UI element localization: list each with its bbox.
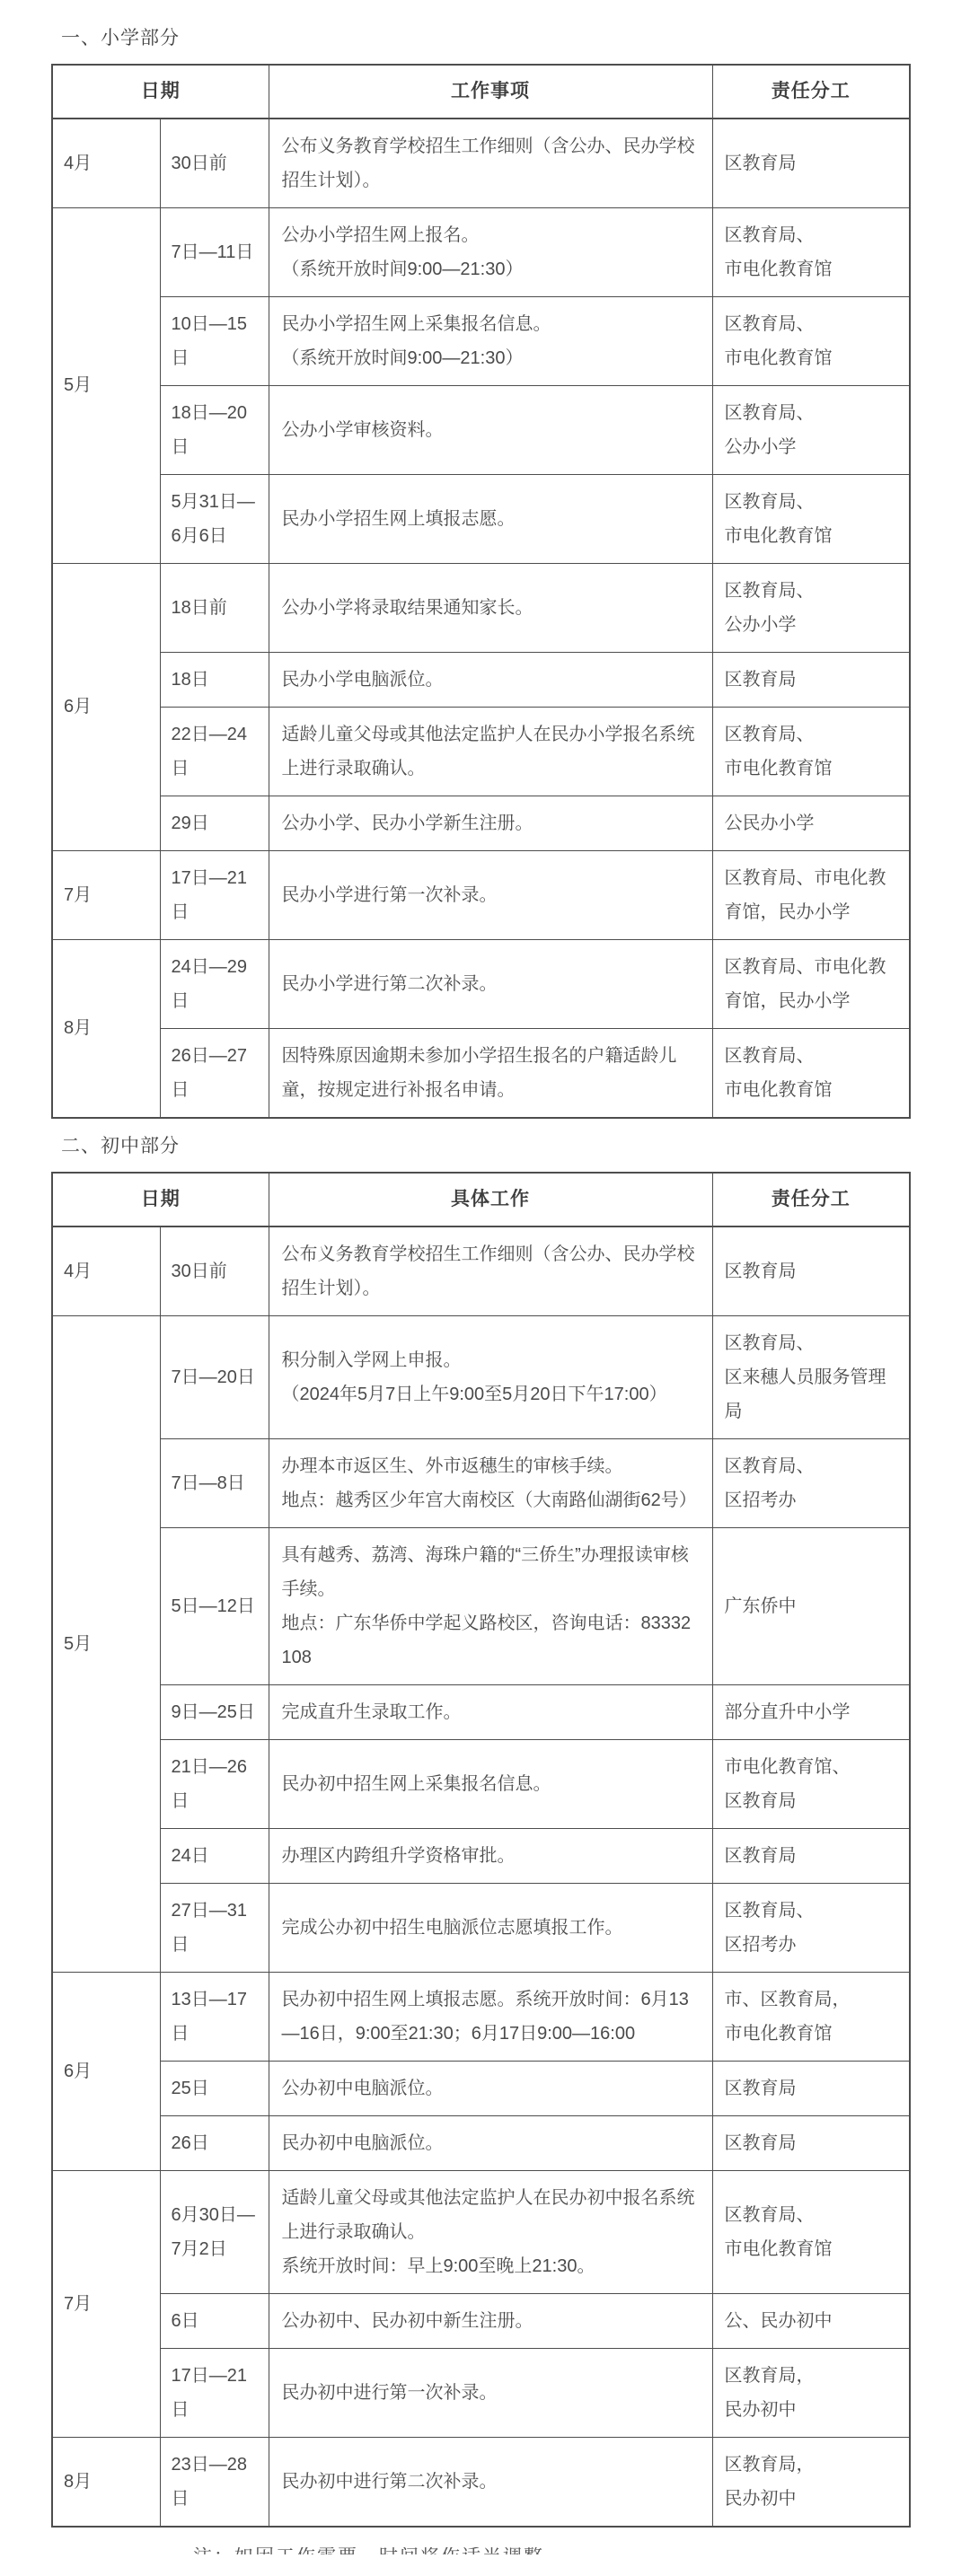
- table-row: 5日—12日具有越秀、荔湾、海珠户籍的“三侨生”办理报读审核手续。 地点：广东华…: [52, 1527, 910, 1684]
- task-cell: 公布义务教育学校招生工作细则（含公办、民办学校招生计划）。: [269, 119, 712, 208]
- date-cell: 7日—8日: [160, 1438, 269, 1527]
- task-cell: 适龄儿童父母或其他法定监护人在民办小学报名系统上进行录取确认。: [269, 707, 712, 796]
- task-cell: 公办初中电脑派位。: [269, 2061, 712, 2115]
- date-cell: 13日—17日: [160, 1972, 269, 2061]
- date-cell: 10日—15日: [160, 296, 269, 385]
- table-row: 25日公办初中电脑派位。区教育局: [52, 2061, 910, 2115]
- table-row: 29日公办小学、民办小学新生注册。公民办小学: [52, 796, 910, 850]
- table-row: 10日—15日民办小学招生网上采集报名信息。 （系统开放时间9:00—21:30…: [52, 296, 910, 385]
- date-cell: 30日前: [160, 1226, 269, 1316]
- date-cell: 18日—20日: [160, 385, 269, 474]
- table-row: 6月18日前公办小学将录取结果通知家长。区教育局、 公办小学: [52, 563, 910, 652]
- task-cell: 公办小学审核资料。: [269, 385, 712, 474]
- task-cell: 适龄儿童父母或其他法定监护人在民办初中报名系统上进行录取确认。 系统开放时间：早…: [269, 2170, 712, 2293]
- date-cell: 5月31日—6月6日: [160, 474, 269, 563]
- date-cell: 27日—31日: [160, 1883, 269, 1972]
- task-cell: 完成公办初中招生电脑派位志愿填报工作。: [269, 1883, 712, 1972]
- table-row: 6日公办初中、民办初中新生注册。公、民办初中: [52, 2293, 910, 2348]
- date-cell: 30日前: [160, 119, 269, 208]
- task-cell: 具有越秀、荔湾、海珠户籍的“三侨生”办理报读审核手续。 地点：广东华侨中学起义路…: [269, 1527, 712, 1684]
- date-cell: 5日—12日: [160, 1527, 269, 1684]
- month-cell: 7月: [52, 850, 160, 939]
- table-row: 18日民办小学电脑派位。区教育局: [52, 652, 910, 707]
- header-responsibility: 责任分工: [712, 65, 910, 119]
- month-cell: 8月: [52, 2437, 160, 2527]
- responsibility-cell: 区教育局、 市电化教育馆: [712, 474, 910, 563]
- responsibility-cell: 区教育局、 公办小学: [712, 563, 910, 652]
- date-cell: 18日前: [160, 563, 269, 652]
- task-cell: 完成直升生录取工作。: [269, 1684, 712, 1739]
- table-row: 26日民办初中电脑派位。区教育局: [52, 2115, 910, 2170]
- task-cell: 公办小学招生网上报名。 （系统开放时间9:00—21:30）: [269, 207, 712, 296]
- date-cell: 7日—20日: [160, 1315, 269, 1438]
- responsibility-cell: 区教育局、 区招考办: [712, 1438, 910, 1527]
- responsibility-cell: 公、民办初中: [712, 2293, 910, 2348]
- responsibility-cell: 区教育局: [712, 2115, 910, 2170]
- month-cell: 7月: [52, 2170, 160, 2437]
- month-cell: 5月: [52, 207, 160, 563]
- month-cell: 4月: [52, 119, 160, 208]
- task-cell: 民办小学招生网上采集报名信息。 （系统开放时间9:00—21:30）: [269, 296, 712, 385]
- table-row: 27日—31日完成公办初中招生电脑派位志愿填报工作。区教育局、 区招考办: [52, 1883, 910, 1972]
- table-row: 4月30日前公布义务教育学校招生工作细则（含公办、民办学校招生计划）。区教育局: [52, 119, 910, 208]
- header-date: 日期: [52, 1173, 269, 1226]
- date-cell: 25日: [160, 2061, 269, 2115]
- clipped-footnote-text: 注：如因工作需要，时间将作适当调整: [193, 2547, 911, 2554]
- task-cell: 办理本市返区生、外市返穗生的审核手续。 地点：越秀区少年宫大南校区（大南路仙湖街…: [269, 1438, 712, 1527]
- responsibility-cell: 区教育局: [712, 1226, 910, 1316]
- table-row: 26日—27日因特殊原因逾期未参加小学招生报名的户籍适龄儿童，按规定进行补报名申…: [52, 1028, 910, 1118]
- date-cell: 17日—21日: [160, 850, 269, 939]
- task-cell: 公办小学将录取结果通知家长。: [269, 563, 712, 652]
- responsibility-cell: 区教育局、 市电化教育馆: [712, 707, 910, 796]
- month-cell: 6月: [52, 1972, 160, 2170]
- task-cell: 积分制入学网上申报。 （2024年5月7日上午9:00至5月20日下午17:00…: [269, 1315, 712, 1438]
- date-cell: 17日—21日: [160, 2348, 269, 2437]
- junior-high-schedule-table: 日期 具体工作 责任分工 4月30日前公布义务教育学校招生工作细则（含公办、民办…: [51, 1172, 911, 2528]
- date-cell: 29日: [160, 796, 269, 850]
- month-cell: 6月: [52, 563, 160, 850]
- table-row: 5月7日—20日积分制入学网上申报。 （2024年5月7日上午9:00至5月20…: [52, 1315, 910, 1438]
- date-cell: 24日—29日: [160, 939, 269, 1028]
- date-cell: 22日—24日: [160, 707, 269, 796]
- task-cell: 办理区内跨组升学资格审批。: [269, 1828, 712, 1883]
- task-cell: 公布义务教育学校招生工作细则（含公办、民办学校招生计划）。: [269, 1226, 712, 1316]
- task-cell: 民办初中招生网上填报志愿。系统开放时间：6月13—16日，9:00至21:30；…: [269, 1972, 712, 2061]
- date-cell: 26日—27日: [160, 1028, 269, 1118]
- date-cell: 6日: [160, 2293, 269, 2348]
- responsibility-cell: 公民办小学: [712, 796, 910, 850]
- table-row: 5月7日—11日公办小学招生网上报名。 （系统开放时间9:00—21:30）区教…: [52, 207, 910, 296]
- responsibility-cell: 区教育局、 市电化教育馆: [712, 1028, 910, 1118]
- task-cell: 公办初中、民办初中新生注册。: [269, 2293, 712, 2348]
- section-title-junior-high: 二、初中部分: [61, 1131, 911, 1158]
- date-cell: 26日: [160, 2115, 269, 2170]
- task-cell: 民办初中招生网上采集报名信息。: [269, 1739, 712, 1828]
- table-row: 17日—21日民办初中进行第一次补录。区教育局， 民办初中: [52, 2348, 910, 2437]
- responsibility-cell: 区教育局、 区来穗人员服务管理局: [712, 1315, 910, 1438]
- task-cell: 因特殊原因逾期未参加小学招生报名的户籍适龄儿童，按规定进行补报名申请。: [269, 1028, 712, 1118]
- responsibility-cell: 区教育局、市电化教育馆，民办小学: [712, 850, 910, 939]
- responsibility-cell: 区教育局， 民办初中: [712, 2437, 910, 2527]
- task-cell: 民办初中电脑派位。: [269, 2115, 712, 2170]
- responsibility-cell: 市、区教育局， 市电化教育馆: [712, 1972, 910, 2061]
- responsibility-cell: 区教育局: [712, 1828, 910, 1883]
- date-cell: 6月30日—7月2日: [160, 2170, 269, 2293]
- month-cell: 8月: [52, 939, 160, 1118]
- responsibility-cell: 区教育局: [712, 119, 910, 208]
- primary-school-schedule-table: 日期 工作事项 责任分工 4月30日前公布义务教育学校招生工作细则（含公办、民办…: [51, 64, 911, 1119]
- table-row: 9日—25日完成直升生录取工作。部分直升中小学: [52, 1684, 910, 1739]
- table-row: 24日办理区内跨组升学资格审批。区教育局: [52, 1828, 910, 1883]
- responsibility-cell: 广东侨中: [712, 1527, 910, 1684]
- responsibility-cell: 区教育局、市电化教育馆，民办小学: [712, 939, 910, 1028]
- date-cell: 21日—26日: [160, 1739, 269, 1828]
- header-date: 日期: [52, 65, 269, 119]
- month-cell: 4月: [52, 1226, 160, 1316]
- table-row: 22日—24日适龄儿童父母或其他法定监护人在民办小学报名系统上进行录取确认。区教…: [52, 707, 910, 796]
- table-row: 7月6月30日—7月2日适龄儿童父母或其他法定监护人在民办初中报名系统上进行录取…: [52, 2170, 910, 2293]
- responsibility-cell: 区教育局: [712, 652, 910, 707]
- date-cell: 18日: [160, 652, 269, 707]
- header-task: 工作事项: [269, 65, 712, 119]
- date-cell: 23日—28日: [160, 2437, 269, 2527]
- table-row: 5月31日—6月6日民办小学招生网上填报志愿。区教育局、 市电化教育馆: [52, 474, 910, 563]
- responsibility-cell: 区教育局、 市电化教育馆: [712, 207, 910, 296]
- task-cell: 民办小学进行第二次补录。: [269, 939, 712, 1028]
- header-task: 具体工作: [269, 1173, 712, 1226]
- footnote-text: 注：如因工作需要，时间将作适当调整: [193, 2547, 544, 2554]
- responsibility-cell: 市电化教育馆、 区教育局: [712, 1739, 910, 1828]
- table-row: 7月17日—21日民办小学进行第一次补录。区教育局、市电化教育馆，民办小学: [52, 850, 910, 939]
- table-row: 8月24日—29日民办小学进行第二次补录。区教育局、市电化教育馆，民办小学: [52, 939, 910, 1028]
- table-row: 6月13日—17日民办初中招生网上填报志愿。系统开放时间：6月13—16日，9:…: [52, 1972, 910, 2061]
- responsibility-cell: 部分直升中小学: [712, 1684, 910, 1739]
- header-responsibility: 责任分工: [712, 1173, 910, 1226]
- responsibility-cell: 区教育局、 市电化教育馆: [712, 2170, 910, 2293]
- task-cell: 民办小学招生网上填报志愿。: [269, 474, 712, 563]
- task-cell: 民办小学进行第一次补录。: [269, 850, 712, 939]
- table-row: 21日—26日民办初中招生网上采集报名信息。市电化教育馆、 区教育局: [52, 1739, 910, 1828]
- task-cell: 民办初中进行第二次补录。: [269, 2437, 712, 2527]
- task-cell: 民办小学电脑派位。: [269, 652, 712, 707]
- date-cell: 9日—25日: [160, 1684, 269, 1739]
- section-title-primary-school: 一、小学部分: [61, 23, 911, 50]
- date-cell: 7日—11日: [160, 207, 269, 296]
- date-cell: 24日: [160, 1828, 269, 1883]
- responsibility-cell: 区教育局: [712, 2061, 910, 2115]
- month-cell: 5月: [52, 1315, 160, 1972]
- task-cell: 民办初中进行第一次补录。: [269, 2348, 712, 2437]
- table-row: 8月23日—28日民办初中进行第二次补录。区教育局， 民办初中: [52, 2437, 910, 2527]
- header-row: 日期 具体工作 责任分工: [52, 1173, 910, 1226]
- responsibility-cell: 区教育局、 区招考办: [712, 1883, 910, 1972]
- table-row: 7日—8日办理本市返区生、外市返穗生的审核手续。 地点：越秀区少年宫大南校区（大…: [52, 1438, 910, 1527]
- document: 一、小学部分 日期 工作事项 责任分工 4月30日前公布义务教育学校招生工作细则…: [0, 0, 970, 2576]
- table-row: 18日—20日公办小学审核资料。区教育局、 公办小学: [52, 385, 910, 474]
- responsibility-cell: 区教育局、 公办小学: [712, 385, 910, 474]
- table-row: 4月30日前公布义务教育学校招生工作细则（含公办、民办学校招生计划）。区教育局: [52, 1226, 910, 1316]
- task-cell: 公办小学、民办小学新生注册。: [269, 796, 712, 850]
- header-row: 日期 工作事项 责任分工: [52, 65, 910, 119]
- responsibility-cell: 区教育局， 民办初中: [712, 2348, 910, 2437]
- responsibility-cell: 区教育局、 市电化教育馆: [712, 296, 910, 385]
